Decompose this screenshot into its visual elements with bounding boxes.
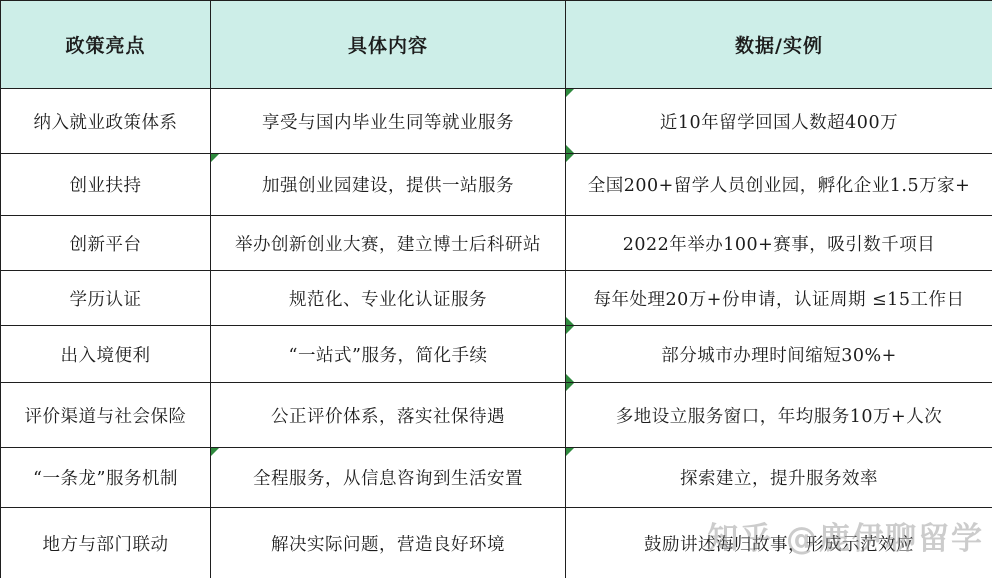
- cell-policy-highlight: 评价渠道与社会保险: [1, 383, 211, 448]
- cell-data-example: 2022年举办100+赛事，吸引数千项目: [566, 216, 992, 271]
- table-row: 地方与部门联动 解决实际问题，营造良好环境 鼓励讲述海归故事，形成示范效应: [1, 508, 992, 578]
- cell-data-example: 部分城市办理时间缩短30%+: [566, 326, 992, 383]
- cell-data-example: 全国200+留学人员创业园，孵化企业1.5万家+: [566, 154, 992, 216]
- cell-data-example: 多地设立服务窗口，年均服务10万+人次: [566, 383, 992, 448]
- table-row: 评价渠道与社会保险 公正评价体系，落实社保待遇 多地设立服务窗口，年均服务10万…: [1, 383, 992, 448]
- cell-policy-highlight: 创新平台: [1, 216, 211, 271]
- table-row: 出入境便利 “一站式”服务，简化手续 部分城市办理时间缩短30%+: [1, 326, 992, 383]
- cell-policy-highlight: 创业扶持: [1, 154, 211, 216]
- col-header-specific-content: 具体内容: [211, 1, 566, 89]
- cell-data-example: 鼓励讲述海归故事，形成示范效应: [566, 508, 992, 578]
- cell-data-example: 每年处理20万+份申请，认证周期 ≤15工作日: [566, 271, 992, 326]
- cell-policy-highlight: 纳入就业政策体系: [1, 89, 211, 154]
- header-row: 政策亮点 具体内容 数据/实例: [1, 1, 992, 89]
- table-screenshot-page: 政策亮点 具体内容 数据/实例 纳入就业政策体系 享受与国内毕业生同等就业服务 …: [0, 0, 992, 578]
- cell-policy-highlight: 地方与部门联动: [1, 508, 211, 578]
- cell-policy-highlight: 出入境便利: [1, 326, 211, 383]
- cell-specific-content: 规范化、专业化认证服务: [211, 271, 566, 326]
- table-row: 纳入就业政策体系 享受与国内毕业生同等就业服务 近10年留学回国人数超400万: [1, 89, 992, 154]
- cell-specific-content: 加强创业园建设，提供一站服务: [211, 154, 566, 216]
- cell-policy-highlight: “一条龙”服务机制: [1, 448, 211, 508]
- cell-data-example: 近10年留学回国人数超400万: [566, 89, 992, 154]
- table-row: 创业扶持 加强创业园建设，提供一站服务 全国200+留学人员创业园，孵化企业1.…: [1, 154, 992, 216]
- cell-specific-content: 全程服务，从信息咨询到生活安置: [211, 448, 566, 508]
- policy-table: 政策亮点 具体内容 数据/实例 纳入就业政策体系 享受与国内毕业生同等就业服务 …: [0, 0, 992, 578]
- cell-specific-content: 公正评价体系，落实社保待遇: [211, 383, 566, 448]
- table-row: 学历认证 规范化、专业化认证服务 每年处理20万+份申请，认证周期 ≤15工作日: [1, 271, 992, 326]
- cell-specific-content: 解决实际问题，营造良好环境: [211, 508, 566, 578]
- cell-specific-content: 享受与国内毕业生同等就业服务: [211, 89, 566, 154]
- col-header-policy-highlight: 政策亮点: [1, 1, 211, 89]
- cell-specific-content: “一站式”服务，简化手续: [211, 326, 566, 383]
- col-header-data-examples: 数据/实例: [566, 1, 992, 89]
- table-row: “一条龙”服务机制 全程服务，从信息咨询到生活安置 探索建立，提升服务效率: [1, 448, 992, 508]
- cell-data-example: 探索建立，提升服务效率: [566, 448, 992, 508]
- cell-policy-highlight: 学历认证: [1, 271, 211, 326]
- table-row: 创新平台 举办创新创业大赛，建立博士后科研站 2022年举办100+赛事，吸引数…: [1, 216, 992, 271]
- cell-specific-content: 举办创新创业大赛，建立博士后科研站: [211, 216, 566, 271]
